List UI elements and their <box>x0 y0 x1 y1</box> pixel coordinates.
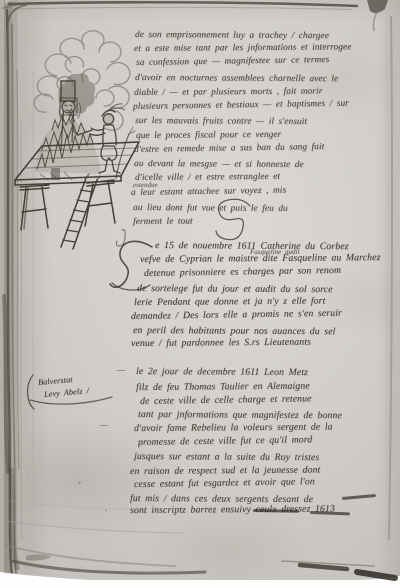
handwritten-line: au lieu dont fut vue et puis le feu du <box>133 203 396 216</box>
handwritten-line: de sortelege fut du jour et audit du sol… <box>137 283 396 296</box>
interlinear-word: Fasqueline audit <box>250 248 396 256</box>
handwritten-line: tant par jnformations que magnifestez de… <box>138 409 396 422</box>
margin-mark: — <box>100 420 108 430</box>
handwritten-line: plusieurs personnes et bestiaux — et bap… <box>133 98 396 113</box>
handwritten-text-block: de son emprisonnement luy a trachey / ch… <box>0 0 400 588</box>
handwritten-line: venue / fut pardonnee les S.rs Lieutenan… <box>131 336 396 349</box>
handwritten-line: diable / — et par plusieurs morts , fait… <box>134 86 396 99</box>
handwritten-line: que le proces fiscal pour ce venger <box>136 129 396 142</box>
manuscript-page-photo: de son emprisonnement luy a trachey / ch… <box>0 0 400 588</box>
handwritten-line: de son emprisonnement luy a trachey / ch… <box>135 30 396 43</box>
ink-strikethrough <box>310 511 350 515</box>
handwritten-line: detenue prisonniere es charges par son r… <box>144 264 396 279</box>
handwritten-line: promesse de ceste ville fut ce qu'il mor… <box>138 433 396 448</box>
margin-mark: . <box>105 503 107 513</box>
handwritten-line: d'avoir fame Rebelieu la voleurs sergent… <box>134 421 396 434</box>
handwritten-line: le 2e jour de decembre 1611 Leon Metz <box>136 366 396 379</box>
margin-mark: - <box>78 477 81 487</box>
handwritten-line: jusques sur estant a la suite du Roy tri… <box>134 451 396 464</box>
handwritten-line: lerie Pendant que donne et ja n'y z elle… <box>134 295 396 308</box>
handwritten-line: d'avoir en nocturnes assemblees charnell… <box>135 73 396 86</box>
handwritten-line: demandez / Des lors elle a promis ne s'e… <box>131 307 396 322</box>
handwritten-line: au devant la mesgse — et si honneste de <box>134 159 396 172</box>
handwritten-line: et a este mise tant par les jnformations… <box>134 42 396 55</box>
handwritten-line: de ceste ville de celle charge et retenu… <box>140 392 396 407</box>
handwritten-line: sur les mauvais fruits contre — il s'ens… <box>135 116 396 129</box>
handwritten-line: d'estre en remede mise a sus ban du sang… <box>134 141 396 156</box>
handwritten-line: cesse estant fut esgardez et avoir que l… <box>134 475 396 490</box>
margin-mark: — <box>117 365 125 375</box>
handwritten-line: sa confession que — magnifestee sur ce t… <box>136 54 396 69</box>
handwritten-line: ferment le tout <box>133 215 396 228</box>
handwritten-line: filz de feu Thomas Taulier en Alemaigne <box>136 380 396 393</box>
